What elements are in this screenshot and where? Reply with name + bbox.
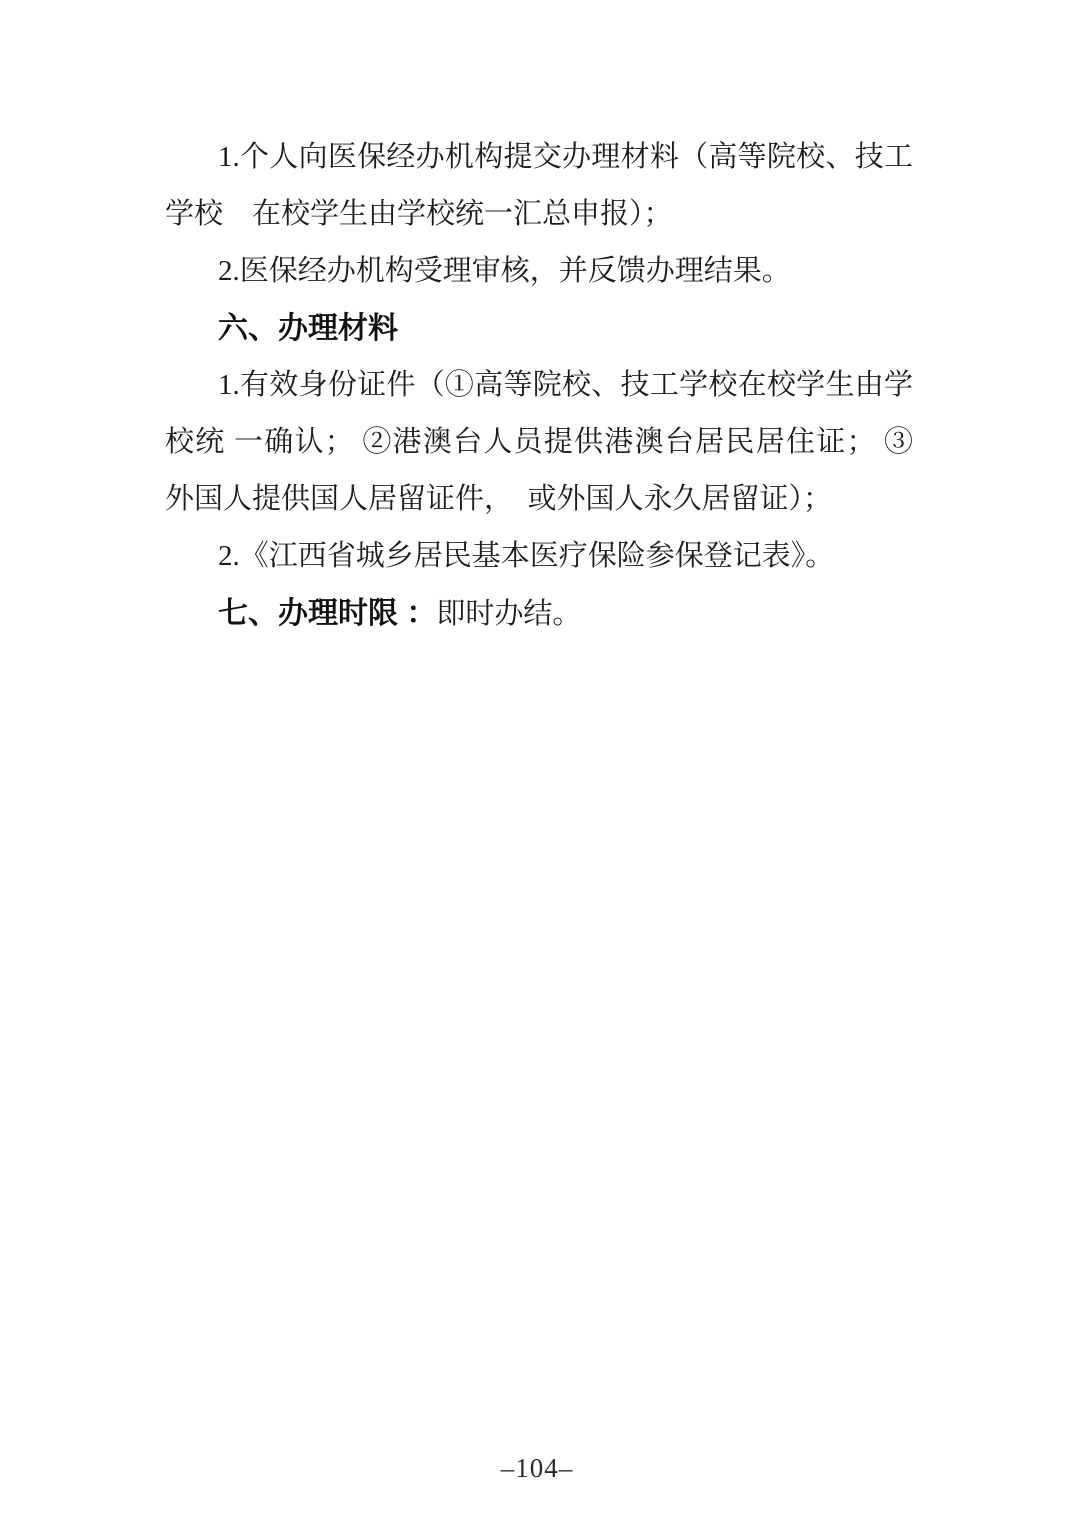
section-heading-time-limit: 七、办理时限 ：: [218, 597, 436, 630]
document-page: 1.个人向医保经办机构提交办理材料（高等院校、技工 学校 在校学生由学校统一汇总…: [0, 0, 1074, 1520]
paragraph-time-limit: 七、办理时限 ：即时办结。: [165, 585, 913, 642]
time-limit-value: 即时办结。: [436, 598, 581, 630]
section-heading-materials: 六、办理材料: [165, 300, 913, 357]
paragraph-step1-line1: 1.个人向医保经办机构提交办理材料（高等院校、技工: [165, 129, 913, 186]
paragraph-materials-item1-line2: 校统 一确认； ②港澳台人员提供港澳台居民居住证； ③: [165, 414, 913, 471]
paragraph-materials-item1-line1: 1.有效身份证件（①高等院校、技工学校在校学生由学: [165, 357, 913, 414]
paragraph-step2: 2.医保经办机构受理审核，并反馈办理结果。: [165, 243, 913, 300]
document-content: 1.个人向医保经办机构提交办理材料（高等院校、技工 学校 在校学生由学校统一汇总…: [165, 129, 913, 642]
paragraph-step1-line2: 学校 在校学生由学校统一汇总申报）；: [165, 186, 913, 243]
page-number: –104–: [0, 1450, 1074, 1486]
paragraph-materials-item2: 2.《江西省城乡居民基本医疗保险参保登记表》。: [165, 528, 913, 585]
paragraph-materials-item1-line3: 外国人提供国人居留证件， 或外国人永久居留证）；: [165, 471, 913, 528]
